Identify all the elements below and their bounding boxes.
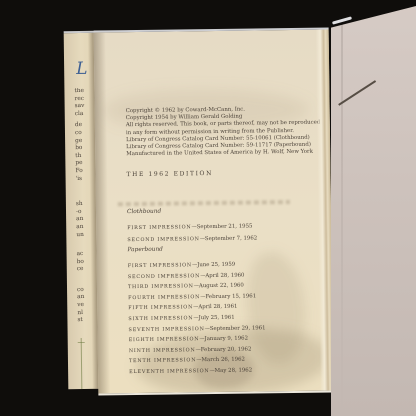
impression-date: February 20, 1962 (201, 346, 252, 353)
book-photo-scene: L therecsavcladecogebothpeFo'issh-oananu… (0, 0, 416, 416)
copyright-block: Copyright © 1962 by Coward-McCann, Inc.C… (126, 106, 321, 159)
impression-line: ELEVENTH IMPRESSION—May 28, 1962 (129, 363, 266, 375)
impression-date: January 9, 1962 (205, 336, 249, 343)
background-corner-shadow (331, 0, 416, 30)
impression-date: February 15, 1961 (205, 293, 256, 300)
impression-label: FIRST IMPRESSION (128, 262, 192, 269)
impression-date: April 28, 1961 (198, 304, 237, 311)
edition-heading: THE 1962 EDITION (126, 170, 212, 178)
pressed-leaf-crossbar (78, 342, 85, 343)
impression-date: September 21, 1955 (197, 223, 253, 230)
paperbound-impression-list: FIRST IMPRESSION—June 25, 1959SECOND IMP… (128, 257, 267, 375)
impression-date: March 26, 1962 (201, 357, 245, 364)
show-through-caps-row-ghost (118, 200, 290, 206)
impression-date: May 28, 1962 (215, 367, 253, 373)
impression-label: SIXTH IMPRESSION (128, 315, 193, 322)
impression-date: June 25, 1959 (197, 262, 235, 268)
paperbound-heading: Paperbound (127, 247, 162, 253)
copyright-line: Manufactured in the United States of Ame… (126, 149, 320, 159)
flap-title-initial: L (76, 59, 88, 79)
impression-date: September 29, 1961 (210, 325, 266, 332)
impression-label: THIRD IMPRESSION (128, 283, 194, 290)
impression-label: FIRST IMPRESSION (127, 224, 191, 231)
impression-date: August 22, 1960 (199, 283, 244, 290)
impression-label: ELEVENTH IMPRESSION (129, 368, 209, 375)
impression-label: EIGHTH IMPRESSION (129, 336, 200, 343)
impression-date: July 25, 1961 (199, 315, 235, 321)
impression-line: SECOND IMPRESSION—September 7, 1962 (127, 231, 257, 245)
clothbound-impression-list: FIRST IMPRESSION—September 21, 1955SECON… (127, 218, 257, 244)
copyright-page: Copyright © 1962 by Coward-McCann, Inc.C… (94, 27, 334, 395)
impression-label: SECOND IMPRESSION (127, 236, 199, 243)
pressed-leaf-stem (81, 338, 83, 389)
impression-date: September 7, 1962 (205, 236, 257, 243)
impression-date: April 28, 1960 (205, 272, 244, 279)
jacket-crease (341, 0, 343, 416)
clothbound-heading: Clothbound (127, 209, 161, 215)
standing-jacket-panel (331, 0, 416, 416)
